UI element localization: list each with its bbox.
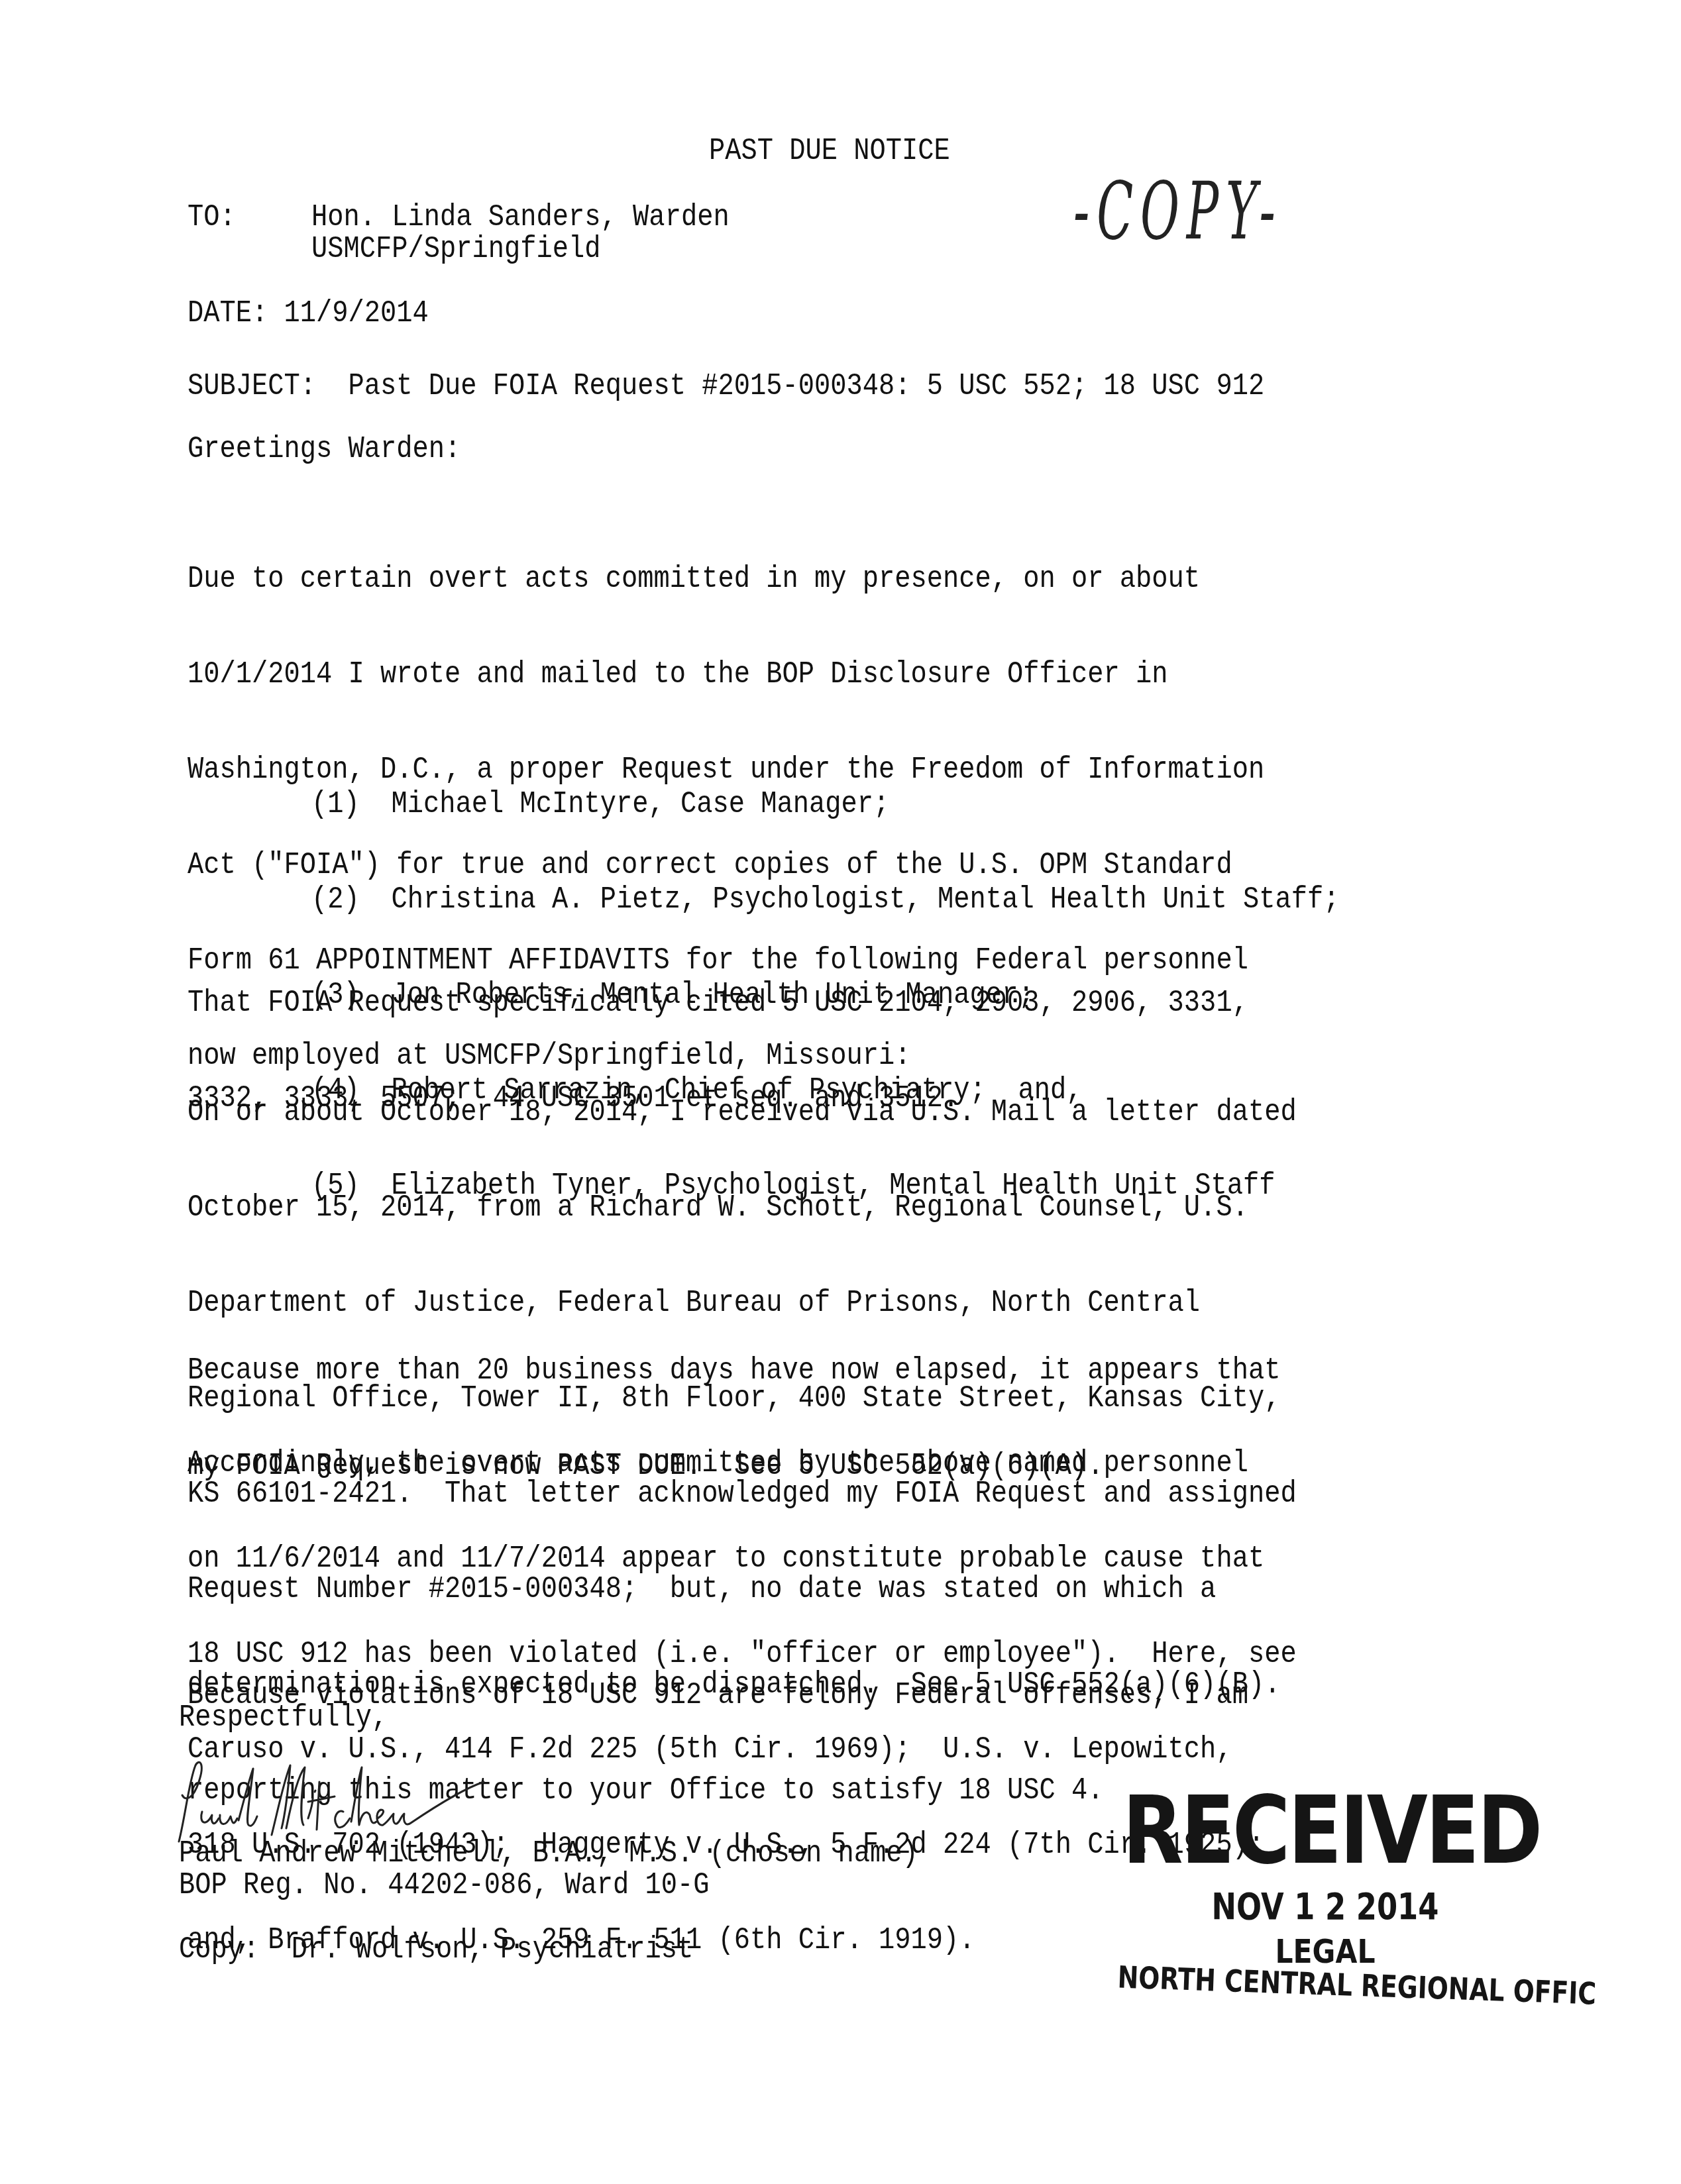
document-date: DATE: 11/9/2014 (188, 298, 429, 330)
stamp-date: NOV 1 2 2014 (1134, 1884, 1516, 1930)
handwritten-signature (172, 1755, 583, 1848)
recipient-name: Hon. Linda Sanders, Warden (311, 202, 730, 234)
list-number: (2) (311, 884, 391, 916)
to-label: TO: (188, 202, 236, 234)
handwritten-copy-mark: -COPY- (1073, 166, 1283, 258)
received-stamp: RECEIVED NOV 1 2 2014 LEGAL NORTH CENTRA… (1087, 1789, 1564, 2001)
paragraph-line: That FOIA Request specifically cited 5 U… (188, 988, 1248, 1019)
list-number: (1) (311, 789, 391, 821)
document-title: PAST DUE NOTICE (709, 136, 950, 168)
paragraph-line: October 15, 2014, from a Richard W. Scho… (188, 1192, 1297, 1224)
signer-name: Paul Andrew Mitchell, B.A., M.S. (chosen… (179, 1838, 918, 1870)
list-item: (1)Michael McIntyre, Case Manager; (311, 789, 1340, 821)
list-text: Christina A. Pietz, Psychologist, Mental… (391, 884, 1339, 916)
list-item: (2)Christina A. Pietz, Psychologist, Men… (311, 884, 1340, 916)
signer-registration: BOP Reg. No. 44202-086, Ward 10-G (179, 1870, 709, 1902)
recipient-organization: USMCFP/Springfield (311, 234, 601, 266)
list-text: Michael McIntyre, Case Manager; (391, 789, 889, 821)
stamp-received: RECEIVED (1122, 1789, 1528, 1875)
copy-recipient: Copy: Dr. Wolfson, Psychiatrist (179, 1934, 693, 1966)
document-subject: SUBJECT: Past Due FOIA Request #2015-000… (188, 371, 1264, 403)
paragraph-line: Because more than 20 business days have … (188, 1355, 1280, 1387)
greeting: Greetings Warden: (188, 434, 461, 466)
stamp-office: NORTH CENTRAL REGIONAL OFFIC (1117, 1960, 1520, 2007)
paragraph-line: On or about October 18, 2014, I received… (188, 1097, 1297, 1129)
paragraph-line: Due to certain overt acts committed in m… (188, 564, 1264, 596)
paragraph-line: on 11/6/2014 and 11/7/2014 appear to con… (188, 1543, 1297, 1575)
closing: Respectfully, (179, 1702, 388, 1734)
paragraph-line: Accordingly, the overt acts committed by… (188, 1448, 1297, 1480)
paragraph-line: 10/1/2014 I wrote and mailed to the BOP … (188, 659, 1264, 691)
